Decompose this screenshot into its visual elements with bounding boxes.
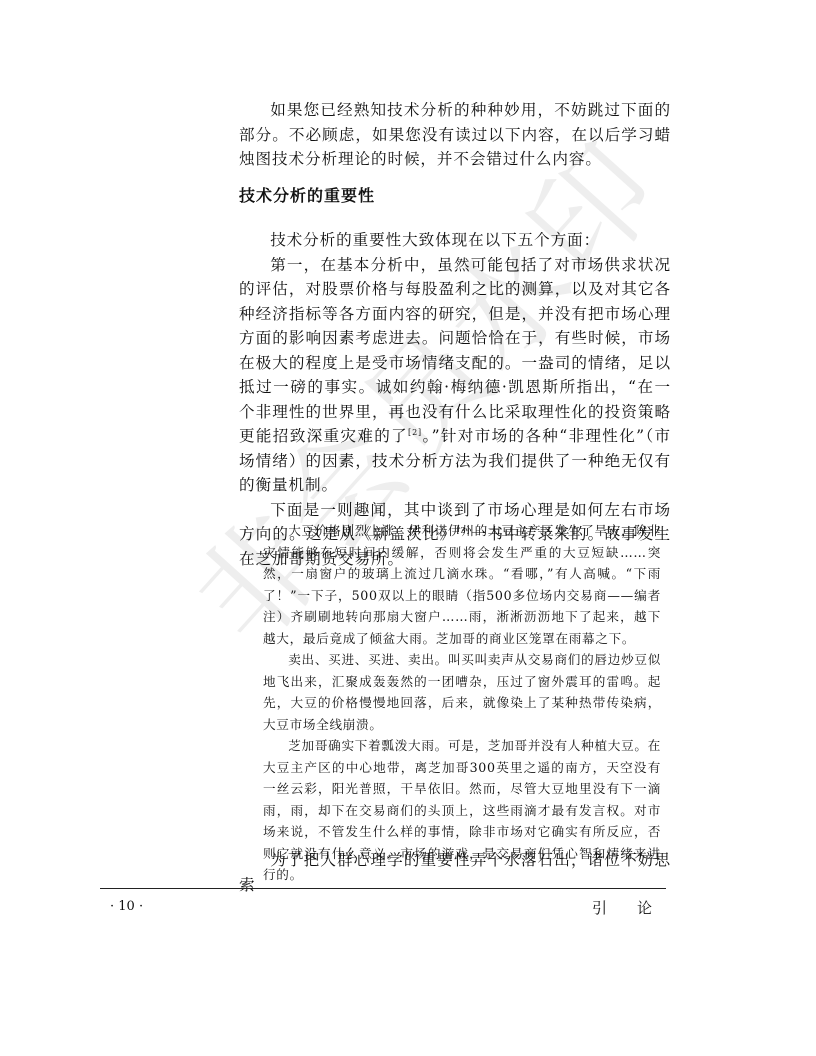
block-quote: 大豆价格剧烈上涨。伊利诺伊州的大豆主产区发生了旱灾，除非灾情能够在短时间内缓解，… [263,520,661,886]
point-one-paragraph: 第一，在基本分析中，虽然可能包括了对市场供求状况的评估，对股票价格与每股盈利之比… [239,253,671,498]
point-one-text: 第一，在基本分析中，虽然可能包括了对市场供求状况的评估，对股票价格与每股盈利之比… [239,256,671,446]
continuation-block: 为了把人群心理学的重要性弄个水落石出，诸位不妨思索 [239,848,671,897]
section-lead: 技术分析的重要性大致体现在以下五个方面： [239,228,671,253]
footnote-ref-2: [2] [408,428,422,437]
chapter-title: 引论 [592,897,682,918]
intro-block: 如果您已经熟知技术分析的种种妙用，不妨跳过下面的部分。不必顾虑，如果您没有读过以… [239,98,671,172]
continuation-paragraph: 为了把人群心理学的重要性弄个水落石出，诸位不妨思索 [239,848,671,897]
intro-paragraph: 如果您已经熟知技术分析的种种妙用，不妨跳过下面的部分。不必顾虑，如果您没有读过以… [239,98,671,172]
quote-paragraph-2: 卖出、买进、买进、卖出。叫买叫卖声从交易商们的唇边炒豆似地飞出来，汇聚成轰轰然的… [263,649,661,735]
section-heading: 技术分析的重要性 [239,183,375,206]
quote-paragraph-1: 大豆价格剧烈上涨。伊利诺伊州的大豆主产区发生了旱灾，除非灾情能够在短时间内缓解，… [263,520,661,649]
page-number: · 10 · [110,899,143,914]
footer-rule [100,888,666,889]
book-page: 非会员水印 如果您已经熟知技术分析的种种妙用，不妨跳过下面的部分。不必顾虑，如果… [0,0,816,1056]
